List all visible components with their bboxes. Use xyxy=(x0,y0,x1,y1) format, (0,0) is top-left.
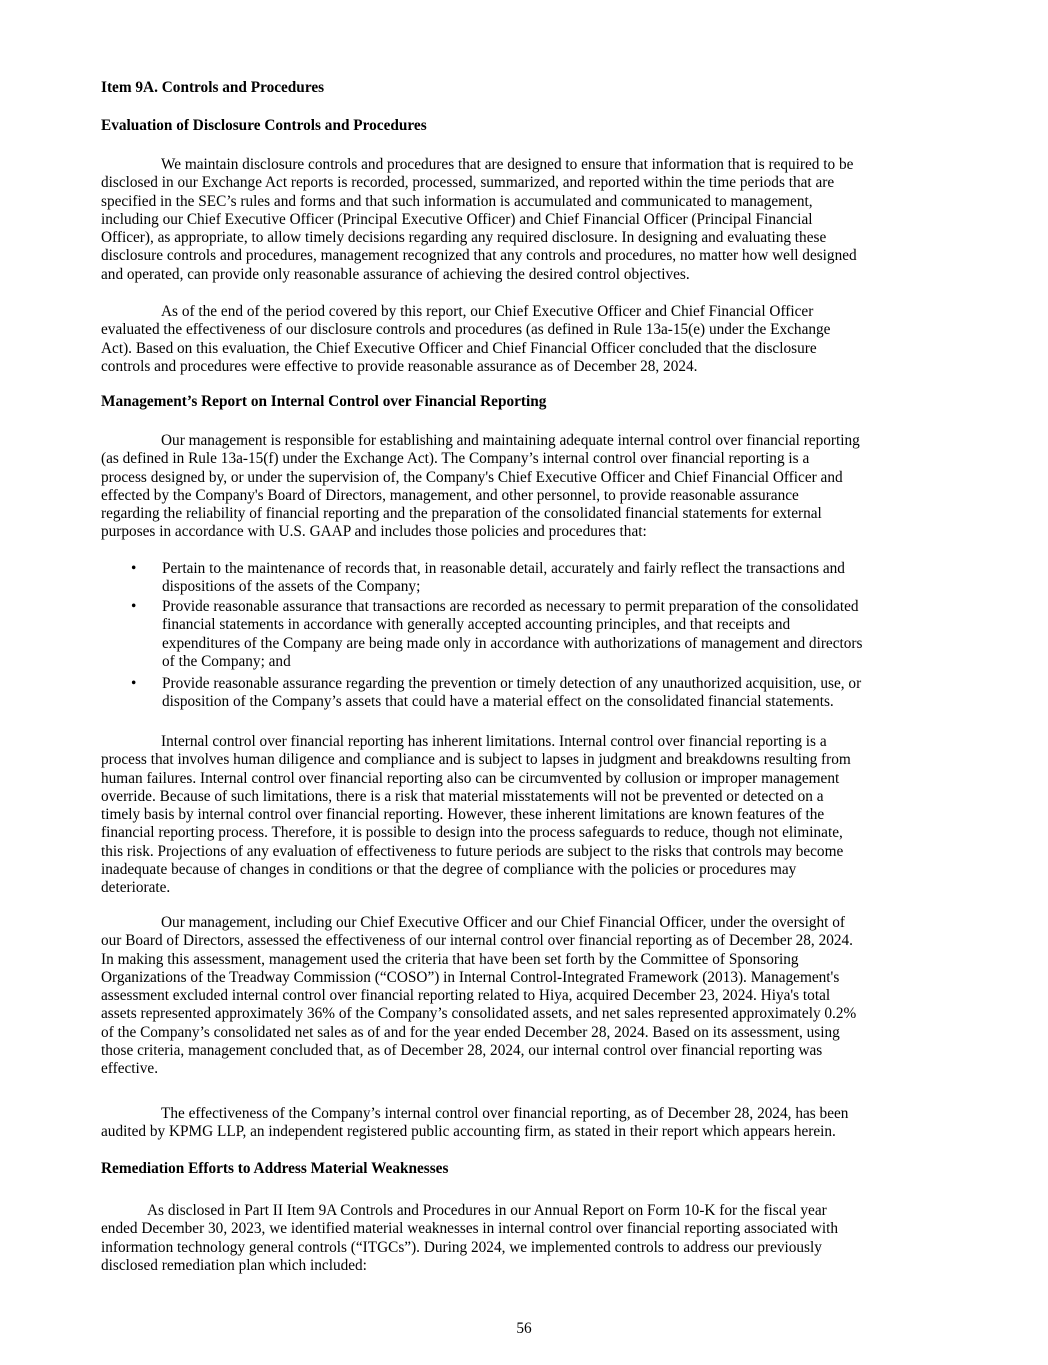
bullet-icon: • xyxy=(131,598,136,616)
text-line: dispositions of the assets of the Compan… xyxy=(162,578,845,596)
section-heading-remediation: Remediation Efforts to Address Material … xyxy=(101,1160,951,1178)
text-line: Our management is responsible for establ… xyxy=(101,432,951,450)
text-line: In making this assessment, management us… xyxy=(101,951,951,969)
text-line: Internal control over financial reportin… xyxy=(101,733,951,751)
text-line: Provide reasonable assurance regarding t… xyxy=(162,675,861,693)
text-line: Our management, including our Chief Exec… xyxy=(101,914,951,932)
text-line: information technology general controls … xyxy=(101,1239,951,1257)
text-line: disclosed remediation plan which include… xyxy=(101,1257,951,1275)
text-line: deteriorate. xyxy=(101,879,951,897)
paragraph-remediation: As disclosed in Part II Item 9A Controls… xyxy=(101,1202,951,1275)
text-line: assets represented approximately 36% of … xyxy=(101,1005,951,1023)
text-line: effective. xyxy=(101,1060,951,1078)
text-line: Act). Based on this evaluation, the Chie… xyxy=(101,340,951,358)
text-line: those criteria, management concluded tha… xyxy=(101,1042,951,1060)
text-line: (as defined in Rule 13a-15(f) under the … xyxy=(101,450,951,468)
text-line: We maintain disclosure controls and proc… xyxy=(101,156,951,174)
text-line: disclosure controls and procedures, mana… xyxy=(101,247,951,265)
text-line: of the Company; and xyxy=(162,653,862,671)
text-line: controls and procedures were effective t… xyxy=(101,358,951,376)
text-line: Officer), as appropriate, to allow timel… xyxy=(101,229,951,247)
text-line: effected by the Company's Board of Direc… xyxy=(101,487,951,505)
item-heading: Item 9A. Controls and Procedures xyxy=(101,79,951,97)
text-line: The effectiveness of the Company’s inter… xyxy=(101,1105,951,1123)
section-heading-management-report: Management’s Report on Internal Control … xyxy=(101,393,951,411)
text-line: evaluated the effectiveness of our discl… xyxy=(101,321,951,339)
text-line: regarding the reliability of financial r… xyxy=(101,505,951,523)
text-line: purposes in accordance with U.S. GAAP an… xyxy=(101,523,951,541)
text-line: disclosed in our Exchange Act reports is… xyxy=(101,174,951,192)
text-line: assessment excluded internal control ove… xyxy=(101,987,951,1005)
text-line: As disclosed in Part II Item 9A Controls… xyxy=(101,1202,951,1220)
paragraph-management-assessment: Our management, including our Chief Exec… xyxy=(101,914,951,1079)
text-line: our Board of Directors, assessed the eff… xyxy=(101,932,951,950)
text-line: specified in the SEC’s rules and forms a… xyxy=(101,193,951,211)
text-line: and operated, can provide only reasonabl… xyxy=(101,266,951,284)
paragraph-auditor-attestation: The effectiveness of the Company’s inter… xyxy=(101,1105,951,1142)
text-line: process designed by, or under the superv… xyxy=(101,469,951,487)
text-line: inadequate because of changes in conditi… xyxy=(101,861,951,879)
text-line: Organizations of the Treadway Commission… xyxy=(101,969,951,987)
text-line: expenditures of the Company are being ma… xyxy=(162,635,862,653)
text-line: including our Chief Executive Officer (P… xyxy=(101,211,951,229)
text-line: disposition of the Company’s assets that… xyxy=(162,693,861,711)
text-line: override. Because of such limitations, t… xyxy=(101,788,951,806)
bullet-icon: • xyxy=(131,675,136,693)
section-heading-evaluation: Evaluation of Disclosure Controls and Pr… xyxy=(101,117,951,135)
text-line: process that involves human diligence an… xyxy=(101,751,951,769)
text-line: this risk. Projections of any evaluation… xyxy=(101,843,951,861)
text-line: of the Company’s consolidated net sales … xyxy=(101,1024,951,1042)
paragraph-evaluation-conclusion: As of the end of the period covered by t… xyxy=(101,303,951,376)
text-line: audited by KPMG LLP, an independent regi… xyxy=(101,1123,951,1141)
text-line: As of the end of the period covered by t… xyxy=(101,303,951,321)
text-line: timely basis by internal control over fi… xyxy=(101,806,951,824)
bullet-icon: • xyxy=(131,560,136,578)
page-number: 56 xyxy=(0,1320,1048,1338)
text-line: financial statements in accordance with … xyxy=(162,616,862,634)
paragraph-management-responsibility: Our management is responsible for establ… xyxy=(101,432,951,542)
paragraph-inherent-limitations: Internal control over financial reportin… xyxy=(101,733,951,898)
text-line: Provide reasonable assurance that transa… xyxy=(162,598,862,616)
text-line: Pertain to the maintenance of records th… xyxy=(162,560,845,578)
text-line: ended December 30, 2023, we identified m… xyxy=(101,1220,951,1238)
text-line: human failures. Internal control over fi… xyxy=(101,770,951,788)
text-line: financial reporting process. Therefore, … xyxy=(101,824,951,842)
paragraph-disclosure-controls: We maintain disclosure controls and proc… xyxy=(101,156,951,284)
